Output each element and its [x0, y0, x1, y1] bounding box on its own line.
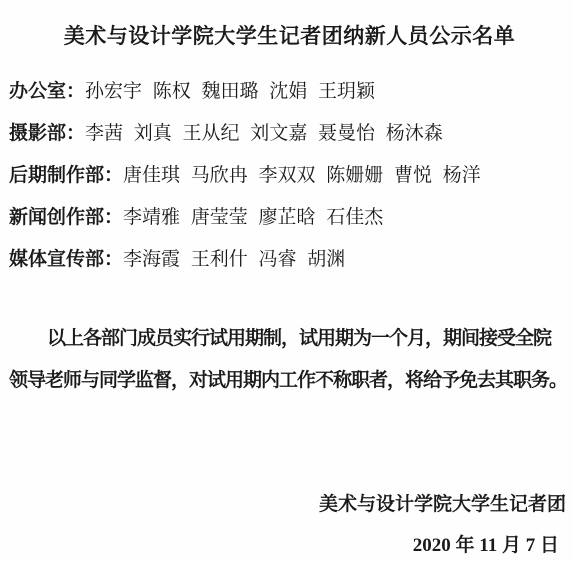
- signature-organization: 美术与设计学院大学生记者团: [9, 493, 570, 517]
- notice-paragraph: 以上各部门成员实行试用期制，试用期为一个月，期间接受全院 领导老师与同学监督，对…: [9, 318, 570, 402]
- notice-line-1: 以上各部门成员实行试用期制，试用期为一个月，期间接受全院: [9, 318, 570, 360]
- department-row-news-creation: 新闻创作部：李靖雅 唐莹莹 廖芷晗 石佳杰: [9, 206, 570, 230]
- department-label: 办公室：: [9, 81, 85, 102]
- department-list: 办公室：孙宏宇 陈权 魏田璐 沈娟 王玥颖 摄影部：李茜 刘真 王从纪 刘文嘉 …: [9, 80, 570, 272]
- department-row-media-publicity: 媒体宣传部：李海霞 王利什 冯睿 胡渊: [9, 248, 570, 272]
- page-title: 美术与设计学院大学生记者团纳新人员公示名单: [9, 24, 570, 50]
- department-names: 李茜 刘真 王从纪 刘文嘉 聂曼怡 杨沐森: [85, 123, 443, 144]
- signature-date: 2020 年 11 月 7 日: [9, 534, 570, 558]
- signature-block: 美术与设计学院大学生记者团 2020 年 11 月 7 日: [9, 493, 570, 558]
- notice-line-2: 领导老师与同学监督，对试用期内工作不称职者，将给予免去其职务。: [9, 360, 570, 402]
- announcement-document: 美术与设计学院大学生记者团纳新人员公示名单 办公室：孙宏宇 陈权 魏田璐 沈娟 …: [0, 0, 572, 562]
- department-names: 孙宏宇 陈权 魏田璐 沈娟 王玥颖: [85, 81, 375, 102]
- department-label: 新闻创作部：: [9, 207, 123, 228]
- department-row-post-production: 后期制作部：唐佳琪 马欣冉 李双双 陈姗姗 曹悦 杨洋: [9, 164, 570, 188]
- department-row-office: 办公室：孙宏宇 陈权 魏田璐 沈娟 王玥颖: [9, 80, 570, 104]
- department-names: 李靖雅 唐莹莹 廖芷晗 石佳杰: [123, 207, 383, 228]
- department-label: 媒体宣传部：: [9, 249, 123, 270]
- department-names: 李海霞 王利什 冯睿 胡渊: [123, 249, 345, 270]
- department-row-photography: 摄影部：李茜 刘真 王从纪 刘文嘉 聂曼怡 杨沐森: [9, 122, 570, 146]
- department-label: 摄影部：: [9, 123, 85, 144]
- department-names: 唐佳琪 马欣冉 李双双 陈姗姗 曹悦 杨洋: [123, 165, 481, 186]
- department-label: 后期制作部：: [9, 165, 123, 186]
